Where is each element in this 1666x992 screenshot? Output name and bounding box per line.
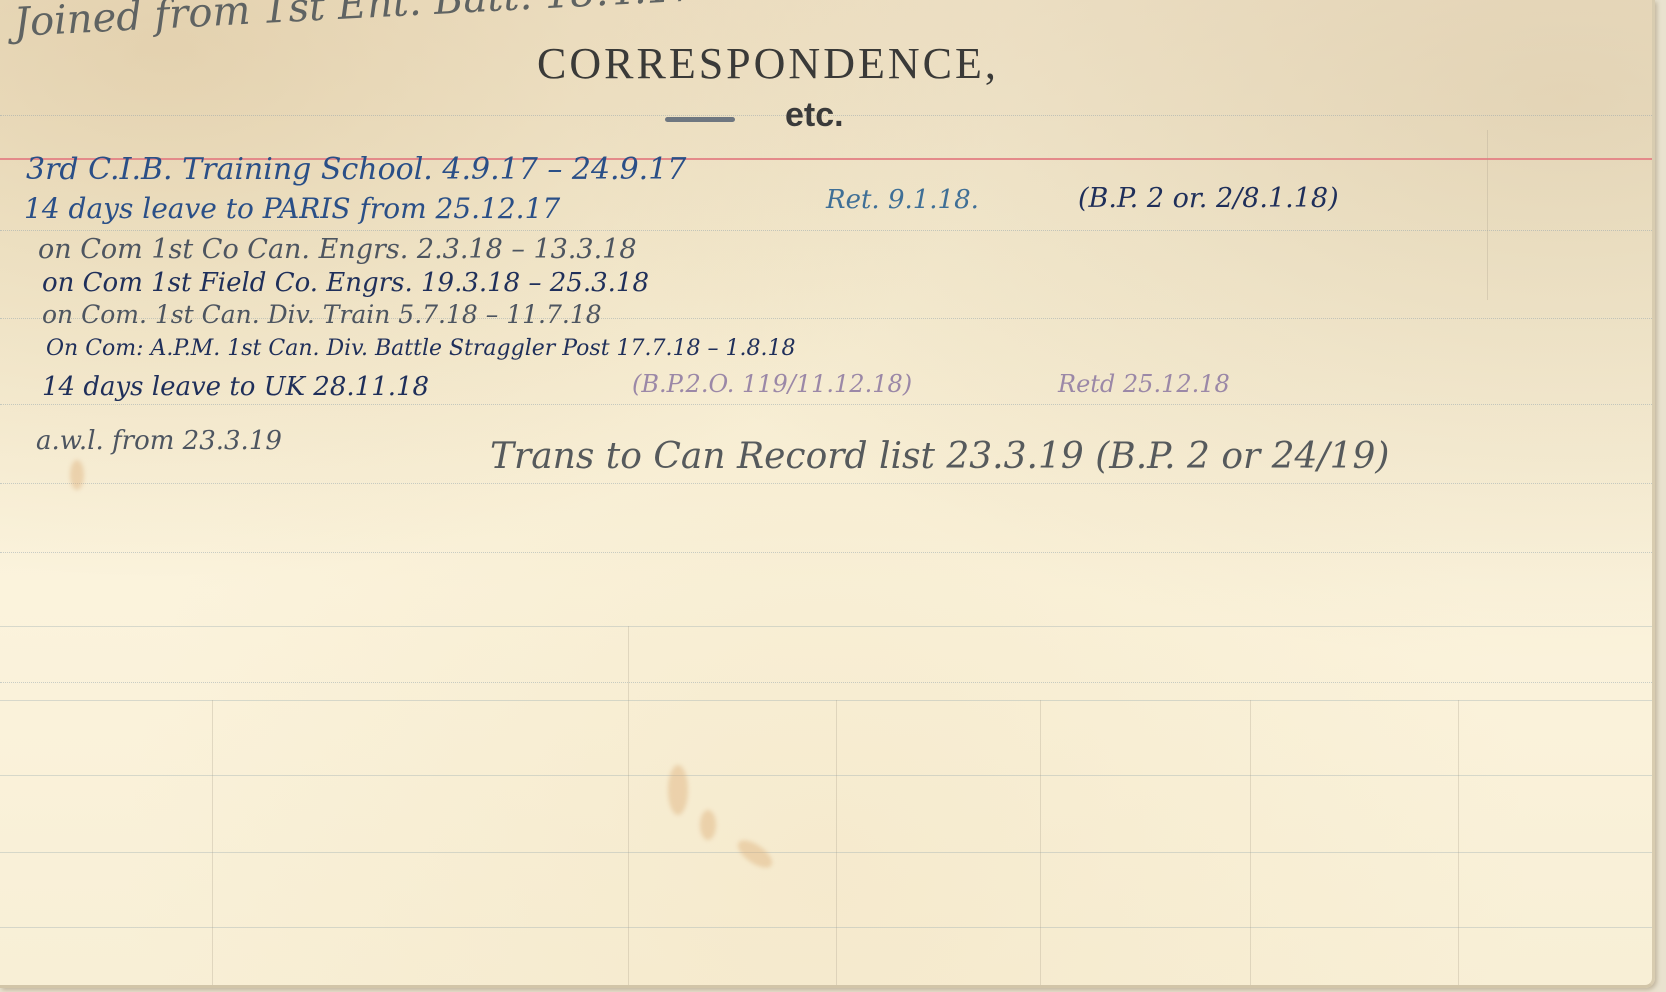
ruled-line — [0, 700, 1652, 701]
column-line — [1487, 130, 1488, 300]
entry-uk-leave-return: Retd 25.12.18 — [1058, 370, 1230, 398]
ruled-line — [0, 775, 1652, 776]
column-line — [1458, 700, 1459, 985]
stain — [70, 460, 84, 490]
stain — [733, 835, 776, 873]
column-line — [628, 626, 629, 985]
column-line — [212, 700, 213, 985]
entry-1st-field-co: on Com 1st Field Co. Engrs. 19.3.18 – 25… — [42, 268, 649, 298]
column-line — [836, 700, 837, 985]
entry-transfer-record: Trans to Can Record list 23.3.19 (B.P. 2… — [490, 436, 1389, 477]
card-subtitle: etc. — [785, 96, 844, 135]
ruled-line — [0, 404, 1652, 405]
entry-uk-leave-reference: (B.P.2.O. 119/11.12.18) — [632, 370, 912, 398]
entry-div-train: on Com. 1st Can. Div. Train 5.7.18 – 11.… — [42, 300, 602, 329]
entry-1st-co-engineers: on Com 1st Co Can. Engrs. 2.3.18 – 13.3.… — [38, 234, 637, 265]
stain — [700, 810, 716, 840]
column-line — [1250, 700, 1251, 985]
ruled-line — [0, 927, 1652, 928]
entry-straggler-post: On Com: A.P.M. 1st Can. Div. Battle Stra… — [46, 336, 795, 361]
card-title: CORRESPONDENCE, — [537, 38, 999, 89]
entry-training-school: 3rd C.I.B. Training School. 4.9.17 – 24.… — [26, 152, 686, 187]
entry-paris-leave: 14 days leave to PARIS from 25.12.17 — [24, 192, 560, 225]
stain — [668, 765, 688, 815]
entry-paris-reference: (B.P. 2 or. 2/8.1.18) — [1078, 183, 1339, 214]
ruled-line — [0, 682, 1652, 683]
entry-paris-return: Ret. 9.1.18. — [826, 185, 979, 215]
record-card: Joined from 1st Ent. Batt. 18.4.17 CORRE… — [0, 0, 1655, 988]
ruled-line — [0, 483, 1652, 484]
dash-mark — [665, 117, 735, 122]
ruled-line — [0, 230, 1652, 231]
column-line — [1040, 700, 1041, 985]
ruled-line — [0, 552, 1652, 553]
entry-awl: a.w.l. from 23.3.19 — [36, 426, 282, 456]
entry-uk-leave: 14 days leave to UK 28.11.18 — [42, 372, 429, 402]
ruled-line — [0, 852, 1652, 853]
ruled-line — [0, 626, 1652, 627]
